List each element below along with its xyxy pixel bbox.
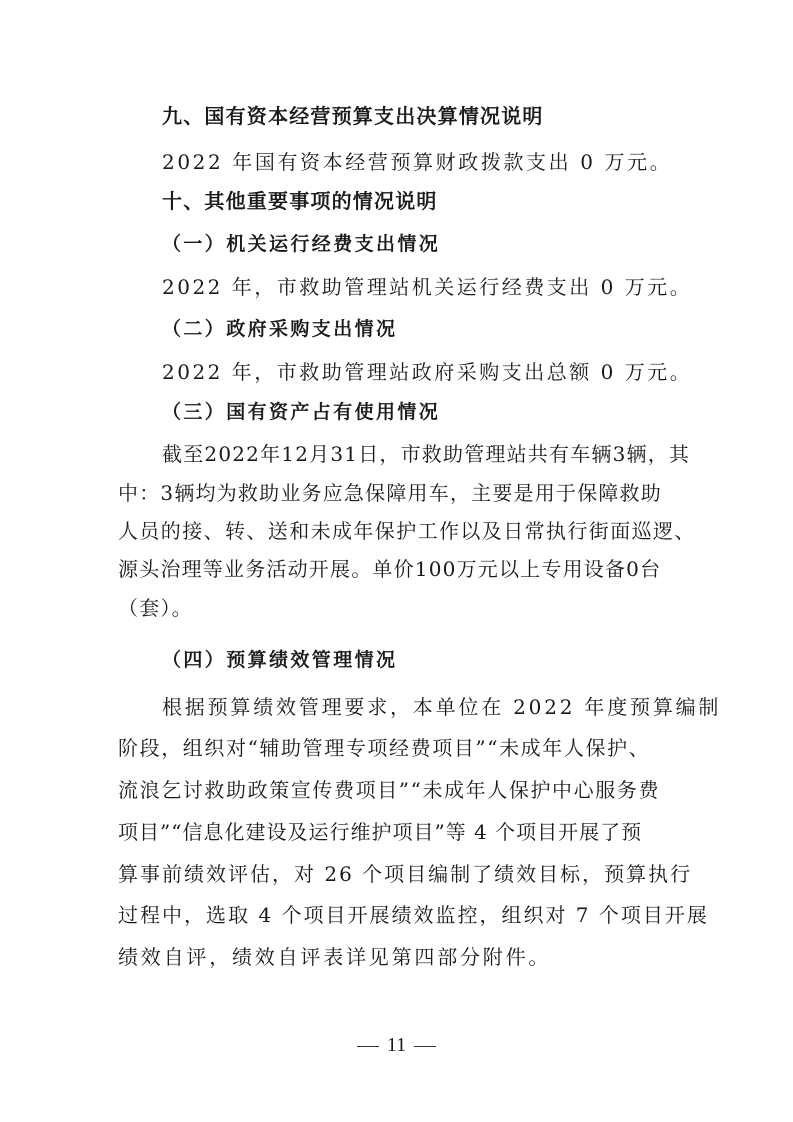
subsection-3-heading: （三）国有资产占有使用情况 [162,400,440,424]
paragraph-line: 项目”“信息化建设及运行维护项目”等 4 个项目开展了预 [118,820,642,844]
dash-right [414,1046,436,1047]
paragraph-line: 算事前绩效评估，对 26 个项目编制了绩效目标，预算执行 [118,862,692,886]
subsection-1-text: 2022 年，市救助管理站机关运行经费支出 0 万元。 [162,275,692,299]
subsection-2-text: 2022 年，市救助管理站政府采购支出总额 0 万元。 [162,360,692,384]
paragraph-line: 人员的接、转、送和未成年保护工作以及日常执行街面巡逻、 [118,519,696,543]
section-9-heading: 九、国有资本经营预算支出决算情况说明 [162,104,544,128]
paragraph-line: （套）。 [118,596,193,620]
paragraph-line: 根据预算绩效管理要求，本单位在 2022 年度预算编制 [162,695,721,719]
paragraph-line: 源头治理等业务活动开展。单价100万元以上专用设备0台 [118,557,661,581]
subsection-4-heading: （四）预算绩效管理情况 [162,648,397,672]
subsection-2-heading: （二）政府采购支出情况 [162,317,397,341]
paragraph-line: 过程中，选取 4 个项目开展绩效监控，组织对 7 个项目开展 [118,903,709,927]
page-number-value: 11 [387,1034,406,1056]
page-number: 11 [0,1034,793,1057]
section-9-text: 2022 年国有资本经营预算财政拨款支出 0 万元。 [162,150,672,174]
paragraph-line: 中：3辆均为救助业务应急保障用车，主要是用于保障救助 [118,481,662,505]
subsection-1-heading: （一）机关运行经费支出情况 [162,232,440,256]
paragraph-line: 流浪乞讨救助政策宣传费项目”“未成年人保护中心服务费 [118,778,660,802]
paragraph-line: 截至2022年12月31日，市救助管理站共有车辆3辆，其 [162,442,690,466]
section-10-heading: 十、其他重要事项的情况说明 [162,189,438,213]
paragraph-line: 阶段，组织对“辅助管理专项经费项目”“未成年人保护、 [118,736,650,760]
paragraph-line: 绩效自评，绩效自评表详见第四部分附件。 [118,945,551,969]
dash-left [357,1046,379,1047]
